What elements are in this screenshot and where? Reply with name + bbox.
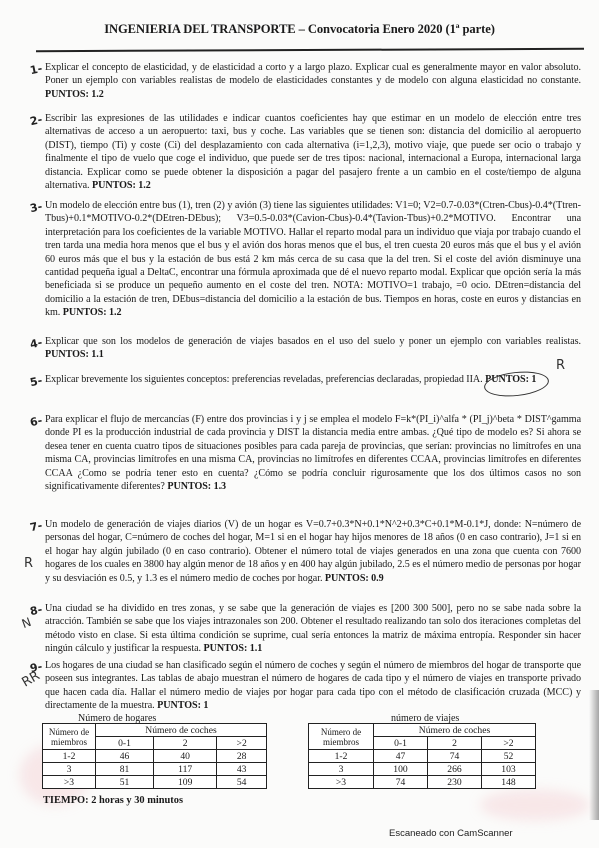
question-9: Los hogares de una ciudad se han clasifi… xyxy=(45,659,581,713)
trips-table: Número de miembros Número de coches 0-1 … xyxy=(308,723,536,789)
table-cell: 230 xyxy=(428,776,482,789)
question-6: Para explicar el flujo de mercancías (F)… xyxy=(45,413,581,493)
question-points: PUNTOS: 1.2 xyxy=(63,307,122,318)
question-points: PUNTOS: 1.3 xyxy=(167,481,226,492)
row-label: 1-2 xyxy=(309,750,374,763)
table-cell: 109 xyxy=(154,776,217,789)
table-cell: 103 xyxy=(482,763,536,776)
row-label: >3 xyxy=(43,776,96,789)
question-text: Los hogares de una ciudad se han clasifi… xyxy=(45,660,581,711)
table-cell: 148 xyxy=(482,776,536,789)
table-row: 3 81 117 43 xyxy=(43,763,267,776)
check-mark-icon: 3- xyxy=(29,200,44,215)
column-header: 0-1 xyxy=(96,737,154,750)
row-label: >3 xyxy=(309,776,374,789)
table-cell: 40 xyxy=(154,750,217,763)
scanner-watermark: Escaneado con CamScanner xyxy=(389,828,513,839)
question-points: PUNTOS: 1.1 xyxy=(45,349,104,360)
question-4: Explicar que son los modelos de generaci… xyxy=(45,335,581,362)
check-mark-icon: 2- xyxy=(29,113,44,128)
question-text: Un modelo de elección entre bus (1), tre… xyxy=(45,200,581,318)
check-mark-icon: 6- xyxy=(29,414,44,429)
column-group-header: Número de coches xyxy=(374,724,536,737)
question-text: Explicar el concepto de elasticidad, y d… xyxy=(45,62,581,86)
row-header: Número de miembros xyxy=(309,724,374,750)
table-cell: 74 xyxy=(374,776,428,789)
table-cell: 81 xyxy=(96,763,154,776)
column-header: 2 xyxy=(154,737,217,750)
question-7: Un modelo de generación de viajes diario… xyxy=(45,518,581,585)
table-cell: 46 xyxy=(96,750,154,763)
check-mark-icon: 1- xyxy=(29,62,44,77)
check-mark-icon: 8- xyxy=(29,603,44,618)
table-cell: 52 xyxy=(482,750,536,763)
document-title: INGENIERIA DEL TRANSPORTE – Convocatoria… xyxy=(0,22,599,37)
column-header: 2 xyxy=(428,737,482,750)
table-cell: 266 xyxy=(428,763,482,776)
column-header: >2 xyxy=(482,737,536,750)
column-group-header: Número de coches xyxy=(96,724,267,737)
question-points: PUNTOS: 1.1 xyxy=(204,643,263,654)
question-points: PUNTOS: 1.2 xyxy=(45,89,104,100)
question-3: Un modelo de elección entre bus (1), tre… xyxy=(45,199,581,320)
time-allowed: TIEMPO: 2 horas y 30 minutos xyxy=(43,795,183,806)
table-cell: 54 xyxy=(217,776,267,789)
table-cell: 28 xyxy=(217,750,267,763)
table-row: 1-2 46 40 28 xyxy=(43,750,267,763)
table-cell: 100 xyxy=(374,763,428,776)
table-row: >3 51 109 54 xyxy=(43,776,267,789)
question-1: Explicar el concepto de elasticidad, y d… xyxy=(45,61,581,101)
handwritten-annotation: R xyxy=(24,556,33,571)
question-text: Para explicar el flujo de mercancías (F)… xyxy=(45,414,581,492)
table-cell: 47 xyxy=(374,750,428,763)
row-label: 1-2 xyxy=(43,750,96,763)
column-header: >2 xyxy=(217,737,267,750)
table-cell: 43 xyxy=(217,763,267,776)
question-text: Una ciudad se ha dividido en tres zonas,… xyxy=(45,603,581,654)
question-8: Una ciudad se ha dividido en tres zonas,… xyxy=(45,602,581,656)
row-label: 3 xyxy=(43,763,96,776)
column-header: 0-1 xyxy=(374,737,428,750)
row-header: Número de miembros xyxy=(43,724,96,750)
table-cell: 51 xyxy=(96,776,154,789)
check-mark-icon: 7- xyxy=(29,519,44,534)
question-points: PUNTOS: 1 xyxy=(157,700,208,711)
households-table: Número de miembros Número de coches 0-1 … xyxy=(42,723,267,789)
table-cell: 117 xyxy=(154,763,217,776)
question-2: Escribir las expresiones de las utilidad… xyxy=(45,112,581,192)
question-points: PUNTOS: 0.9 xyxy=(325,573,384,584)
row-label: 3 xyxy=(309,763,374,776)
question-text: Explicar brevemente los siguientes conce… xyxy=(45,374,483,385)
table-row: >3 74 230 148 xyxy=(309,776,536,789)
title-divider xyxy=(36,48,584,52)
question-text: Un modelo de generación de viajes diario… xyxy=(45,519,581,584)
check-mark-icon: 5- xyxy=(29,374,44,389)
question-text: Explicar que son los modelos de generaci… xyxy=(45,336,581,347)
table-cell: 74 xyxy=(428,750,482,763)
handwritten-annotation: R xyxy=(556,358,565,373)
table-row: 3 100 266 103 xyxy=(309,763,536,776)
check-mark-icon: 4- xyxy=(29,336,44,351)
question-points: PUNTOS: 1.2 xyxy=(92,180,151,191)
table-row: 1-2 47 74 52 xyxy=(309,750,536,763)
